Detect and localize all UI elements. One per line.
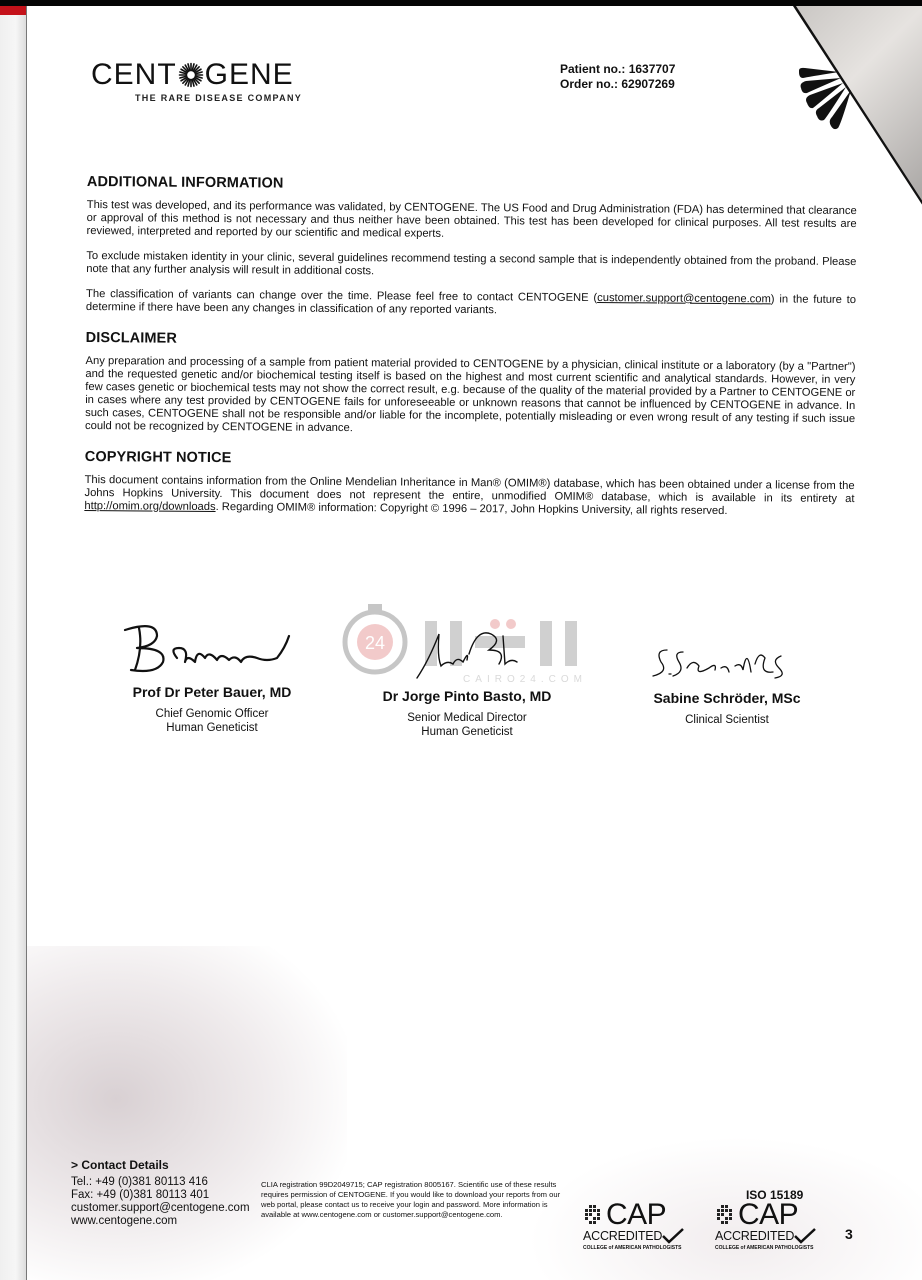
cap-globe-icon: [583, 1204, 603, 1226]
contact-fax: Fax: +49 (0)381 80113 401: [71, 1189, 250, 1202]
photo-shadow: [26, 946, 347, 1280]
accredited-text: ACCREDITED: [583, 1228, 684, 1244]
cap-globe-icon: [715, 1204, 735, 1226]
section-heading: COPYRIGHT NOTICE: [85, 449, 855, 471]
omim-downloads-link[interactable]: http://omim.org/downloads: [84, 500, 215, 513]
paragraph: To exclude mistaken identity in your cli…: [86, 250, 856, 282]
sun-burst-icon: [178, 62, 204, 88]
cap-text: CAP: [738, 1202, 798, 1228]
photo-left-strip: [0, 15, 26, 1280]
logo-tagline: THE RARE DISEASE COMPANY: [135, 93, 302, 103]
centogene-logo: CENT GENE THE RARE DISEASE COMPANY: [91, 58, 302, 103]
contact-phone: Tel.: +49 (0)381 80113 416: [71, 1176, 250, 1189]
signatory-role: Senior Medical Director Human Geneticist: [357, 711, 577, 739]
signatory-role: Chief Genomic Officer Human Geneticist: [107, 707, 317, 735]
section-disclaimer: DISCLAIMER Any preparation and processin…: [85, 330, 856, 439]
signatory-name: Dr Jorge Pinto Basto, MD: [357, 688, 577, 704]
page-number: 3: [845, 1226, 853, 1242]
checkmark-icon: [794, 1228, 816, 1244]
contact-details: > Contact Details Tel.: +49 (0)381 80113…: [71, 1158, 250, 1228]
photo-red-tab: [0, 6, 26, 15]
iso-cap-accredited-badge: ISO 15189 CAP ACCREDITED COLLEGE of AMER…: [715, 1188, 816, 1251]
contact-heading: > Contact Details: [71, 1158, 250, 1172]
signature-block: Dr Jorge Pinto Basto, MD Senior Medical …: [357, 620, 577, 739]
paragraph: This document contains information from …: [84, 474, 854, 519]
logo-text-right: GENE: [205, 58, 294, 92]
signature-block: Prof Dr Peter Bauer, MD Chief Genomic Of…: [107, 618, 317, 735]
section-heading: ADDITIONAL INFORMATION: [87, 174, 857, 196]
logo-text-left: CENT: [91, 58, 177, 92]
checkmark-icon: [662, 1228, 684, 1244]
accredited-text: ACCREDITED: [715, 1228, 816, 1244]
legal-notice: CLIA registration 99D2049715; CAP regist…: [261, 1180, 571, 1220]
signatory-name: Sabine Schröder, MSc: [627, 690, 827, 706]
contact-website[interactable]: www.centogene.com: [71, 1215, 250, 1228]
section-additional-information: ADDITIONAL INFORMATION This test was dev…: [86, 174, 857, 320]
signatory-role: Clinical Scientist: [627, 713, 827, 727]
signature-block: Sabine Schröder, MSc Clinical Scientist: [627, 642, 827, 727]
patient-number: Patient no.: 1637707: [560, 62, 675, 77]
ray-fan-icon: [797, 66, 857, 136]
college-text: COLLEGE of AMERICAN PATHOLOGISTS: [583, 1245, 684, 1251]
college-text: COLLEGE of AMERICAN PATHOLOGISTS: [715, 1245, 816, 1251]
document-page: CENT GENE THE RARE DISEASE COMPANY Patie…: [26, 6, 922, 1280]
paragraph: Any preparation and processing of a samp…: [85, 355, 856, 439]
handwritten-signature: [647, 642, 807, 684]
order-number: Order no.: 62907269: [560, 77, 675, 92]
cap-text: CAP: [606, 1202, 666, 1228]
section-copyright: COPYRIGHT NOTICE This document contains …: [84, 449, 854, 519]
handwritten-signature: [407, 620, 527, 682]
support-email-link[interactable]: customer.support@centogene.com: [597, 292, 771, 305]
paragraph: The classification of variants can chang…: [86, 288, 856, 320]
signatory-name: Prof Dr Peter Bauer, MD: [107, 684, 317, 700]
section-heading: DISCLAIMER: [86, 330, 856, 352]
patient-order-ids: Patient no.: 1637707 Order no.: 62907269: [560, 62, 675, 92]
paragraph: This test was developed, and its perform…: [86, 199, 856, 244]
document-body: ADDITIONAL INFORMATION This test was dev…: [84, 174, 857, 535]
contact-email[interactable]: customer.support@centogene.com: [71, 1202, 250, 1215]
cap-accredited-badge: CAP ACCREDITED COLLEGE of AMERICAN PATHO…: [583, 1202, 684, 1251]
handwritten-signature: [117, 618, 307, 678]
